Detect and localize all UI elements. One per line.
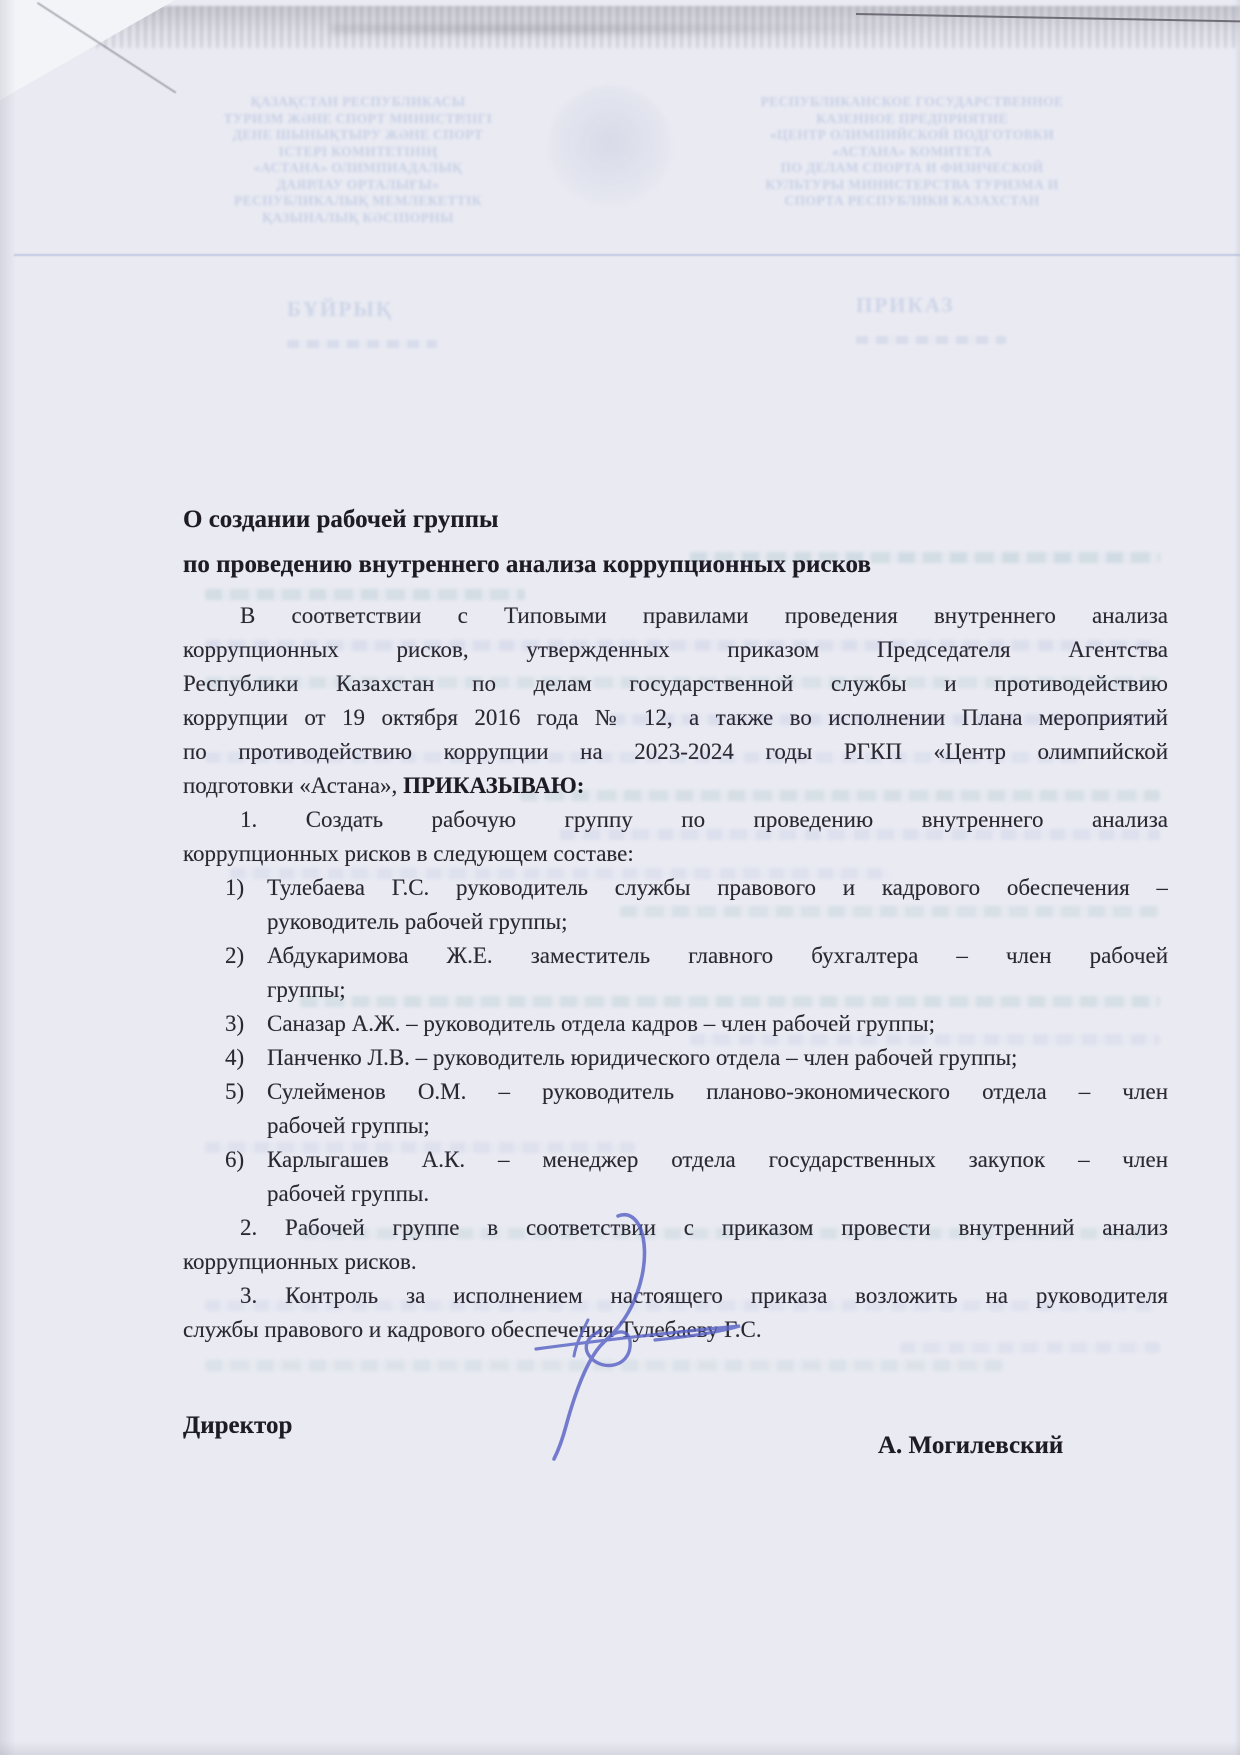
letterhead-kazakh: ҚАЗАҚСТАН РЕСПУБЛИКАСЫ ТУРИЗМ ЖӘНЕ СПОРТ… bbox=[148, 94, 568, 226]
letterhead-divider-line bbox=[14, 254, 1240, 256]
list-item-text: руководитель рабочей группы; bbox=[267, 909, 567, 934]
paragraph-line: по противодействию коррупции на 2023-202… bbox=[183, 735, 1168, 769]
letterhead-russian: РЕСПУБЛИКАНСКОЕ ГОСУДАРСТВЕННОЕ КАЗЕННОЕ… bbox=[692, 94, 1132, 210]
letterhead-line: ДЕНЕ ШЫНЫҚТЫРУ ЖӘНЕ СПОРТ bbox=[148, 127, 568, 144]
list-item-text: рабочей группы; bbox=[267, 1113, 430, 1138]
list-item-line: руководитель рабочей группы; bbox=[183, 905, 1168, 939]
handwritten-signature bbox=[470, 1200, 810, 1470]
list-item-number: 6) bbox=[225, 1143, 244, 1177]
list-item-line: 2)Абдукаримова Ж.Е. заместитель главного… bbox=[183, 939, 1168, 973]
letterhead-line: ПО ДЕЛАМ СПОРТА И ФИЗИЧЕСКОЙ bbox=[692, 160, 1132, 177]
paragraph-line: В соответствии с Типовыми правилами пров… bbox=[183, 599, 1168, 633]
paragraph-line: коррупционных рисков в следующем составе… bbox=[183, 837, 1168, 871]
list-item-line: рабочей группы; bbox=[183, 1109, 1168, 1143]
list-item-number: 3) bbox=[225, 1007, 244, 1041]
paragraph-line: коррупционных рисков, утвержденных прика… bbox=[183, 633, 1168, 667]
order-word-russian-ghost: ПРИКАЗ bbox=[856, 293, 954, 318]
scanned-document-page: ҚАЗАҚСТАН РЕСПУБЛИКАСЫ ТУРИЗМ ЖӘНЕ СПОРТ… bbox=[0, 0, 1240, 1755]
document-title-line: О создании рабочей группы bbox=[183, 497, 1183, 542]
signer-name: А. Могилевский bbox=[878, 1432, 1063, 1460]
list-item-text: Панченко Л.В. – руководитель юридическог… bbox=[267, 1045, 1017, 1070]
list-item-number: 4) bbox=[225, 1041, 244, 1075]
paragraph-line: коррупции от 19 октября 2016 года № 12, … bbox=[183, 701, 1168, 735]
scan-bottom-edge bbox=[0, 1741, 1240, 1755]
list-item-text: Сулейменов О.М. – руководитель планово-э… bbox=[267, 1079, 1168, 1104]
list-item-number: 2) bbox=[225, 939, 244, 973]
order-number-line-ghost bbox=[856, 336, 1006, 344]
letterhead-line: «АСТАНА» КОМИТЕТА bbox=[692, 144, 1132, 161]
letterhead-line: РЕСПУБЛИКАЛЫҚ МЕМЛЕКЕТТІК bbox=[148, 193, 568, 210]
list-item-line: 6)Карлыгашев А.К. – менеджер отдела госу… bbox=[183, 1143, 1168, 1177]
document-title: О создании рабочей группы по проведению … bbox=[183, 497, 1183, 587]
list-item-line: 3)Саназар А.Ж. – руководитель отдела кад… bbox=[183, 1007, 1168, 1041]
list-item-text: Тулебаева Г.С. руководитель службы право… bbox=[267, 875, 1168, 900]
scan-left-edge-shadow bbox=[0, 0, 16, 1755]
paragraph-line: Республики Казахстан по делам государств… bbox=[183, 667, 1168, 701]
letterhead-line: КАЗЕННОЕ ПРЕДПРИЯТИЕ bbox=[692, 111, 1132, 128]
list-item-text: рабочей группы. bbox=[267, 1181, 429, 1206]
paragraph-line: подготовки «Астана», ПРИКАЗЫВАЮ: bbox=[183, 769, 1168, 803]
order-number-line-ghost bbox=[287, 340, 437, 348]
letterhead-line: «ЦЕНТР ОЛИМПИЙСКОЙ ПОДГОТОВКИ bbox=[692, 127, 1132, 144]
list-item-line: 5)Сулейменов О.М. – руководитель планово… bbox=[183, 1075, 1168, 1109]
letterhead-line: ІСТЕРІ КОМИТЕТІНІҢ bbox=[148, 144, 568, 161]
list-item-text: группы; bbox=[267, 977, 346, 1002]
letterhead-line: РЕСПУБЛИКАНСКОЕ ГОСУДАРСТВЕННОЕ bbox=[692, 94, 1132, 111]
letterhead-line: ҚАЗАҚСТАН РЕСПУБЛИКАСЫ bbox=[148, 94, 568, 111]
list-item-number: 5) bbox=[225, 1075, 244, 1109]
list-item-number: 1) bbox=[225, 871, 244, 905]
signer-role: Директор bbox=[183, 1412, 292, 1440]
scan-right-edge-shadow bbox=[1234, 0, 1240, 1755]
letterhead-line: «АСТАНА» ОЛИМПИАДАЛЫҚ bbox=[148, 160, 568, 177]
letterhead-emblem-ghost bbox=[548, 86, 672, 210]
paragraph-line: 1. Создать рабочую группу по проведению … bbox=[183, 803, 1168, 837]
letterhead-line: СПОРТА РЕСПУБЛИКИ КАЗАХСТАН bbox=[692, 193, 1132, 210]
list-item-line: 4)Панченко Л.В. – руководитель юридическ… bbox=[183, 1041, 1168, 1075]
list-item-text: Карлыгашев А.К. – менеджер отдела госуда… bbox=[267, 1147, 1168, 1172]
list-item-text: Саназар А.Ж. – руководитель отдела кадро… bbox=[267, 1011, 935, 1036]
list-item-text: Абдукаримова Ж.Е. заместитель главного б… bbox=[267, 943, 1168, 968]
list-item-line: группы; bbox=[183, 973, 1168, 1007]
document-title-line: по проведению внутреннего анализа корруп… bbox=[183, 542, 1183, 587]
list-item-line: 1)Тулебаева Г.С. руководитель службы пра… bbox=[183, 871, 1168, 905]
letterhead-line: ДАЯРЛАУ ОРТАЛЫҒЫ» bbox=[148, 177, 568, 194]
letterhead-line: КУЛЬТУРЫ МИНИСТЕРСТВА ТУРИЗМА И bbox=[692, 177, 1132, 194]
scan-folded-corner bbox=[0, 0, 175, 100]
letterhead-line: ТУРИЗМ ЖӘНЕ СПОРТ МИНИСТРЛІГІ bbox=[148, 111, 568, 128]
paragraph-text: подготовки «Астана», bbox=[183, 773, 403, 798]
order-command-word: ПРИКАЗЫВАЮ: bbox=[403, 773, 584, 798]
order-word-kazakh-ghost: БҰЙРЫҚ bbox=[287, 297, 393, 322]
scan-smudge bbox=[330, 22, 950, 36]
letterhead-line: ҚАЗЫНАЛЫҚ КӘСІПОРНЫ bbox=[148, 210, 568, 227]
